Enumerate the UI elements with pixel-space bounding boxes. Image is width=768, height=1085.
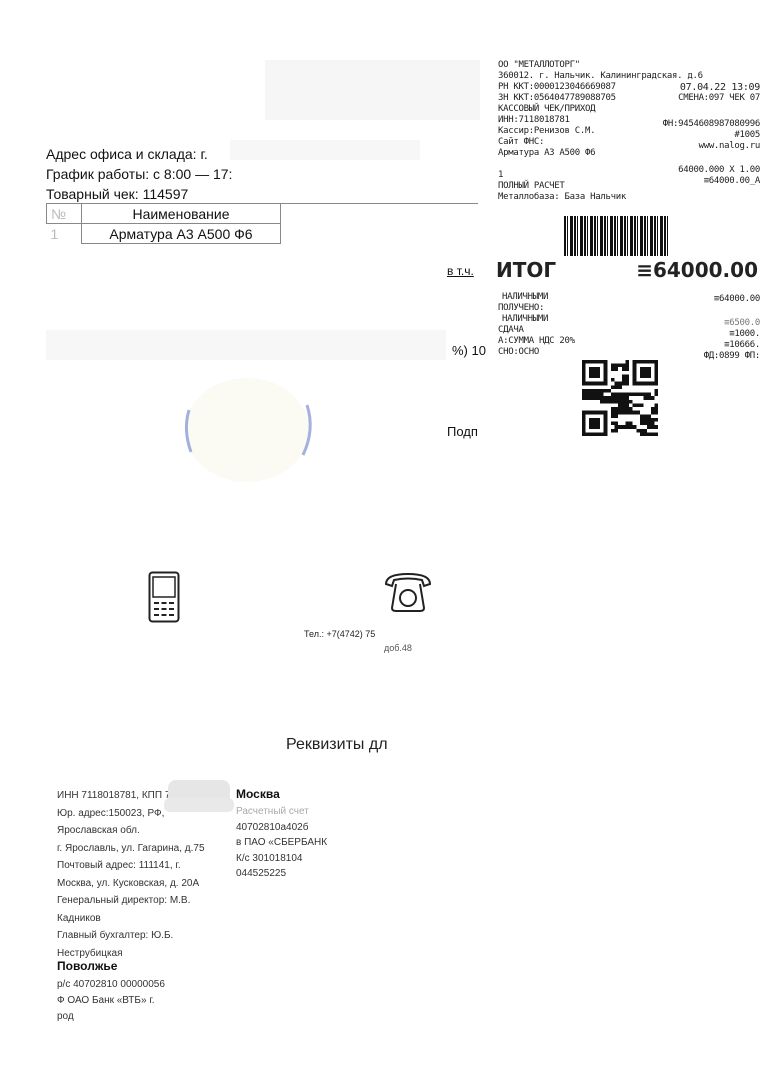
receipt-vat-label: А:СУММА НДС 20% (498, 336, 762, 347)
requisites-line: Почтовый адрес: 111141, г. (57, 860, 181, 871)
company-stamp (175, 370, 320, 490)
requisites-line: 40702810а402б (236, 822, 308, 833)
receipt-change-label: СДАЧА (498, 325, 762, 336)
requisites-line: г. Ярославль, ул. Гагарина, д.75 (57, 843, 205, 854)
col-num-header: № (47, 204, 82, 224)
receipt-fd: ФД:0899 ФП: (704, 351, 760, 362)
redaction-mark (164, 798, 234, 812)
receipt-org: ОО "МЕТАЛЛОТОРГ" (498, 60, 762, 71)
col-name-header: Наименование (82, 204, 281, 224)
work-schedule: График работы: с 8:00 — 17: (46, 166, 232, 182)
requisites-line: Расчетный счет (236, 806, 309, 817)
receipt-payment-mode: ПОЛНЫЙ РАСЧЕТ (498, 181, 762, 192)
desk-phone-icon (382, 570, 434, 614)
scan-smudge (265, 60, 480, 120)
requisites-line: 044525225 (236, 868, 286, 879)
requisites-moscow-title: Москва (236, 787, 280, 801)
requisites-line: Ярославская обл. (57, 825, 140, 836)
row-empty (281, 224, 479, 244)
requisites-title: Реквизиты дл (286, 736, 388, 754)
contact-phone-ext: доб.48 (384, 643, 412, 653)
receipt-received-label: ПОЛУЧЕНО: (498, 303, 762, 314)
signature-label: Подп (447, 424, 478, 439)
requisites-povolzhye-title: Поволжье (57, 959, 117, 973)
receipt-total-value: ≡64000.00 (636, 265, 758, 276)
receipt-shift: СМЕНА:097 ЧЕК 07 (678, 93, 760, 104)
sales-receipt-number: Товарный чек: 114597 (46, 186, 188, 202)
receipt-item-name: Арматура А3 А500 Ф6 (498, 148, 762, 159)
goods-table: № Наименование 1 Арматура А3 А500 Ф6 (46, 203, 478, 244)
requisites-line: Москва, ул. Кусковская, д. 20А (57, 878, 199, 889)
scan-smudge (230, 140, 420, 160)
receipt-cashier: Кассир:Ренизов С.М. (498, 126, 762, 137)
requisites-line: Кадников (57, 913, 101, 924)
requisites-line: Ф ОАО Банк «ВТБ» г. (57, 995, 155, 1006)
requisites-line: р/с 40702810 00000056 (57, 979, 165, 990)
receipt-qr-code (582, 360, 658, 436)
requisites-line: Главный бухгалтер: Ю.Б. (57, 930, 173, 941)
receipt-total-label: ИТОГ (496, 265, 556, 276)
office-address-label: Адрес офиса и склада: г. (46, 146, 208, 162)
contact-phone: Тел.: +7(4742) 75 (304, 629, 375, 639)
receipt-type: КАССОВЫЙ ЧЕК/ПРИХОД (498, 104, 762, 115)
requisites-line: Юр. адрес:150023, РФ, (57, 808, 164, 819)
receipt-address: 360012. г. Нальчик. Калининградская. д.6 (498, 71, 762, 82)
receipt-barcode (564, 216, 670, 256)
mobile-phone-icon (148, 571, 180, 623)
row-name: Арматура А3 А500 Ф6 (82, 224, 281, 244)
receipt-received-cash-label: НАЛИЧНЫМИ (502, 314, 762, 325)
requisites-line: К/с 301018104 (236, 853, 302, 864)
scan-smudge (46, 330, 446, 360)
table-header-row: № Наименование (47, 204, 479, 224)
row-num: 1 (47, 224, 82, 244)
requisites-line: Неструбицкая (57, 948, 123, 959)
col-empty (281, 204, 479, 224)
table-row: 1 Арматура А3 А500 Ф6 (47, 224, 479, 244)
receipt-datetime: 07.04.22 13:09 (680, 82, 760, 93)
requisites-line: ИНН 7118018781, КПП 7 (57, 790, 170, 801)
receipt-base: Металлобаза: База Нальчик (498, 192, 762, 203)
requisites-line: Генеральный директор: М.В. (57, 895, 190, 906)
requisites-line: род (57, 1011, 74, 1022)
requisites-line: в ПАО «СБЕРБАНК (236, 837, 327, 848)
vat-label: в т.ч. (447, 264, 474, 278)
cash-receipt: ОО "МЕТАЛЛОТОРГ" 360012. г. Нальчик. Кал… (486, 52, 768, 452)
